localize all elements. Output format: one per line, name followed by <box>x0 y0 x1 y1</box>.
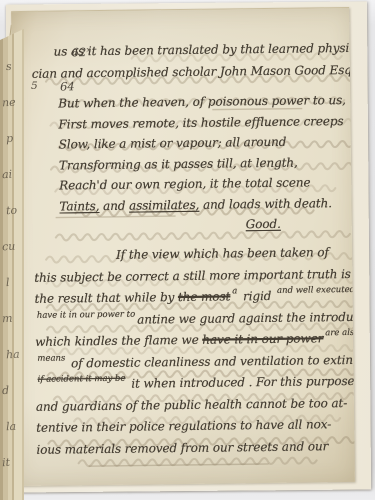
page-number-mark: x <box>86 45 91 54</box>
text-segment: are also enabled <box>325 327 355 338</box>
text-segment: which kindles the flame we <box>35 333 202 349</box>
text-segment: rigid <box>239 289 275 303</box>
text-segment: and well executed <box>277 285 355 296</box>
text-segment: But when the heaven, of poisonous power … <box>58 93 346 111</box>
text-segment: assimilates, <box>129 197 199 212</box>
text-segment: Slow, like a mist or vapour; all around <box>59 135 287 152</box>
text-segment: Transforming as it passes till, at lengt… <box>59 155 298 172</box>
manuscript-text: us as it has been translated by that lea… <box>31 32 352 461</box>
text-segment: the most <box>178 289 230 304</box>
gutter-fragment: m <box>2 312 13 326</box>
text-segment: have it in our power <box>202 331 323 346</box>
manuscript-line: Good. <box>34 213 350 237</box>
text-segment: the result that while by <box>35 290 179 306</box>
text-segment: ious materials removed from our streets … <box>36 439 328 457</box>
gutter-fragment: d <box>2 384 10 397</box>
gutter-fragment: s <box>6 60 12 73</box>
text-segment: and loads with death. <box>199 196 332 212</box>
text-segment: and guardians of the public health canno… <box>36 396 347 414</box>
manuscript-line: the result that while by the mosta rigid… <box>35 285 351 310</box>
text-segment: a <box>232 286 237 296</box>
text-segment: it when introduced . For this purpose ou… <box>127 373 354 391</box>
text-segment: Good. <box>246 217 281 231</box>
manuscript-line: which kindles the flame we have it in ou… <box>35 328 351 353</box>
manuscript-line: If the view which has been taken of <box>34 242 350 267</box>
text-segment: this subject be correct a still more imp… <box>34 266 351 284</box>
text-segment: cian and accomplished scholar John Mason… <box>32 62 355 80</box>
manuscript-line: First moves remote, its hostile effluenc… <box>32 110 348 134</box>
gutter-fragment: to <box>6 204 18 218</box>
gutter-fragment: ha <box>6 348 20 362</box>
text-segment: Reach'd our own region, it the total sce… <box>59 175 310 192</box>
page-gutter-stack: snepaitoculmhadlait <box>0 26 30 500</box>
text-segment: us as it has been translated by that lea… <box>54 41 354 59</box>
manuscript-line: ious materials removed from our streets … <box>36 435 352 460</box>
text-segment: of domestic cleanliness and ventilation … <box>67 352 355 370</box>
text-segment: tentive in their police regulations to h… <box>36 417 331 435</box>
page-number-bottom: 64 <box>60 79 75 93</box>
manuscript-photo: 62x 64 us as it has been translated by t… <box>0 0 375 500</box>
page-leaf: 62x 64 us as it has been translated by t… <box>11 7 355 486</box>
page-number-top: 62x <box>72 45 91 59</box>
text-segment: antine we guard against the introduction… <box>137 308 355 326</box>
manuscript-line: Taints, and assimilates, and loads with … <box>33 192 349 216</box>
text-segment: Taints, <box>59 199 99 213</box>
gutter-fragment: it <box>2 456 11 469</box>
gutter-fragment: la <box>6 420 17 434</box>
text-segment: If the view which has been taken of <box>116 245 329 262</box>
gutter-fragment: l <box>6 276 10 289</box>
gutter-fragment: ai <box>2 168 13 182</box>
text-segment: if accident it may be <box>38 374 126 385</box>
text-segment: have it in our power to <box>37 309 135 320</box>
gutter-fragment: p <box>6 132 14 145</box>
text-segment: First moves remote, its hostile effluenc… <box>58 114 343 131</box>
gutter-fragment: cu <box>2 240 16 254</box>
under-page-number: 5 <box>31 80 38 92</box>
text-segment: and <box>99 198 129 212</box>
manuscript-line: cian and accomplished scholar John Mason… <box>32 59 348 84</box>
gutter-fragment: ne <box>2 96 16 110</box>
manuscript-line: if accident it may be it when introduced… <box>36 371 352 396</box>
text-segment: means <box>37 353 65 363</box>
